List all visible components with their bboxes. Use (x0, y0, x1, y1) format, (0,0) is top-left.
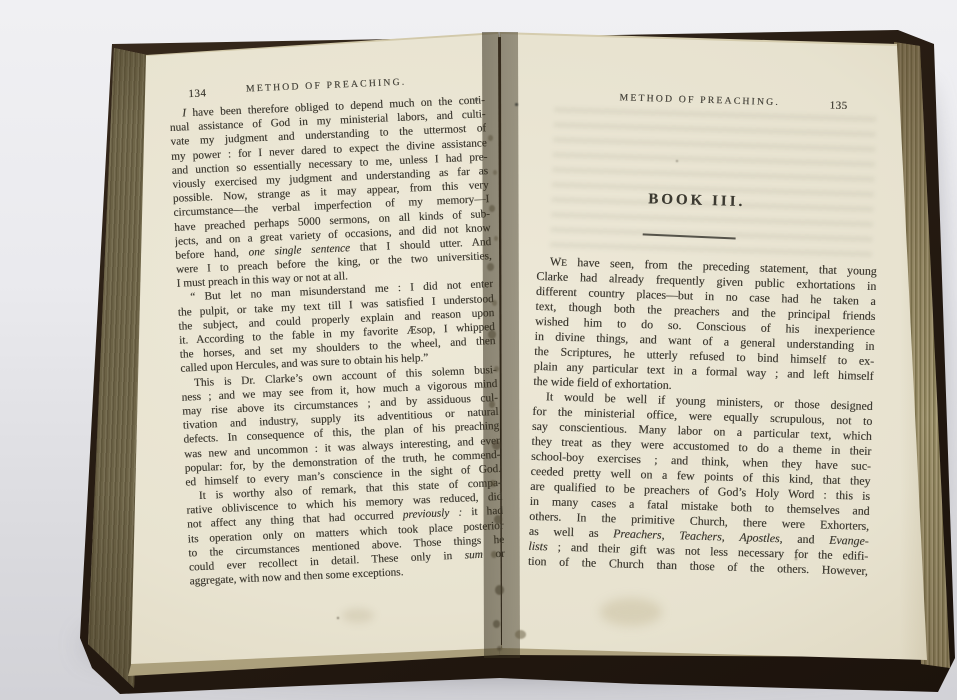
foxing-spot (515, 103, 518, 106)
right-page-text: METHOD OF PREACHING. 135 BOOK III. WE ha… (528, 88, 882, 578)
gutter-stain (492, 440, 501, 450)
paper-stain (342, 608, 374, 623)
gutter-stain (494, 515, 502, 524)
gutter-stain (489, 205, 495, 212)
gutter-stain (487, 263, 494, 271)
book-shadow-right (900, 80, 946, 660)
heading-rule (643, 233, 736, 239)
foxing-spot (475, 98, 478, 101)
right-running-head: METHOD OF PREACHING. (530, 88, 870, 113)
gutter-stain (489, 401, 495, 408)
gutter-stain (488, 330, 496, 339)
left-page-text: 134 METHOD OF PREACHING. I have been the… (168, 72, 506, 589)
foxing-spot (337, 617, 339, 619)
gutter-stain (515, 630, 526, 639)
gutter-stain (490, 480, 496, 487)
foxing-spot (795, 558, 797, 560)
foxing-spot (676, 160, 678, 162)
gutter-stain (495, 585, 504, 595)
paper-stain (600, 598, 662, 626)
gutter-stain (493, 170, 497, 175)
gutter-stain (494, 366, 499, 372)
right-page-number: 135 (829, 99, 847, 115)
book-shadow (85, 615, 930, 675)
left-page-number: 134 (188, 86, 207, 101)
gutter-stain (491, 551, 497, 558)
book-photo: 134 METHOD OF PREACHING. I have been the… (0, 0, 957, 700)
gutter-stain (497, 646, 502, 651)
gutter-stain (492, 300, 497, 306)
gutter-stain (494, 236, 498, 241)
left-page-body: I have been therefore obliged to depend … (169, 93, 506, 589)
section-heading: BOOK III. (527, 189, 867, 214)
right-page-body: WE have seen, from the preceding stateme… (528, 254, 877, 579)
gutter-stain (488, 135, 493, 141)
right-page-header: METHOD OF PREACHING. 135 (542, 88, 882, 113)
gutter-stain (493, 620, 500, 628)
